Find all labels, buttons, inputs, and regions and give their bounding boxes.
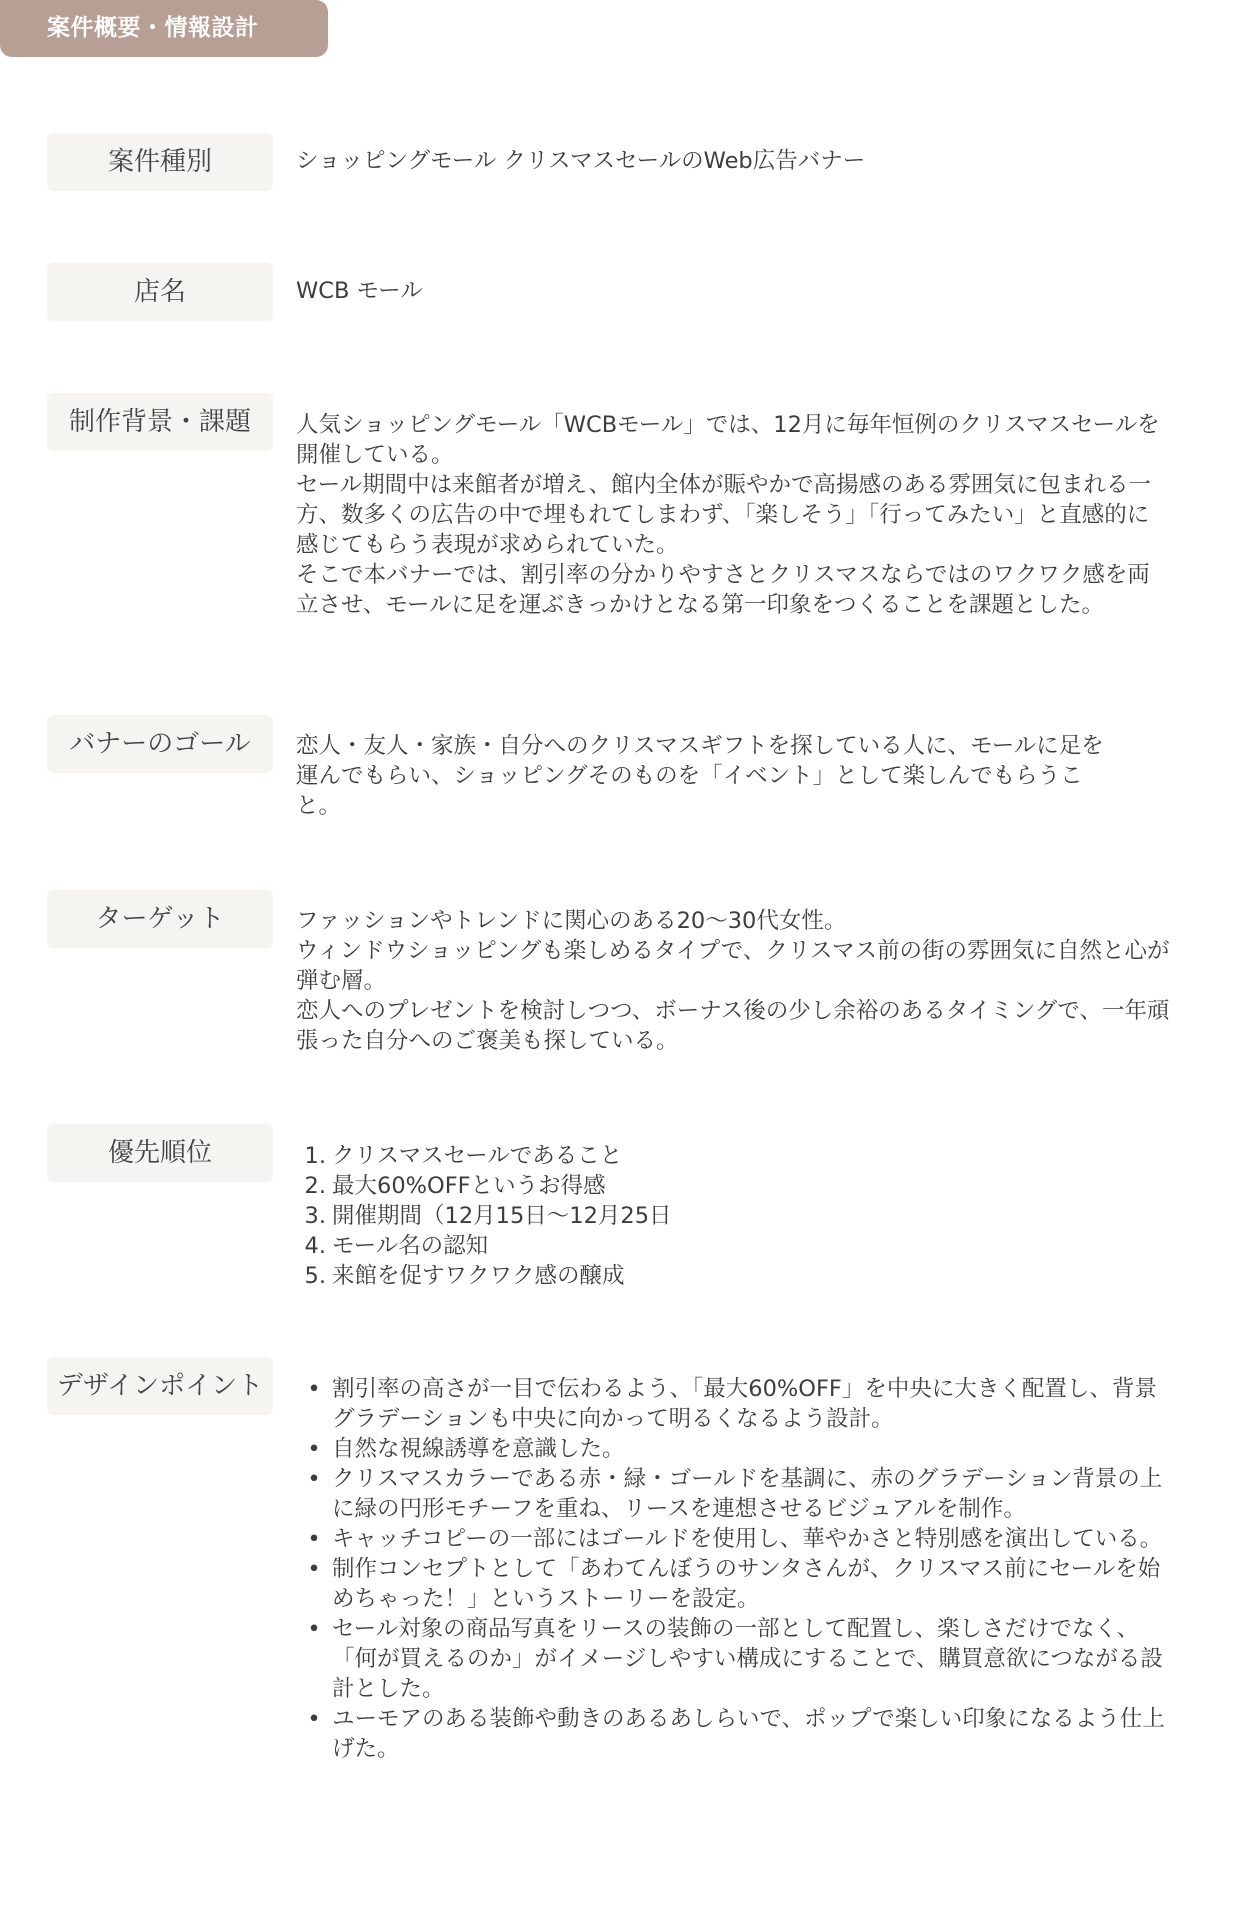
target-paragraph: ウィンドウショッピングも楽しめるタイプで、クリスマス前の街の雰囲気に自然と心が弾… bbox=[296, 936, 1171, 996]
design-point-text: 制作コンセプトとして「あわてんぼうのサンタさんが、クリスマス前にセールを始めちゃ… bbox=[332, 1554, 1166, 1614]
priority-number: 2. bbox=[296, 1171, 332, 1201]
priority-text: 来館を促すワクワク感の醸成 bbox=[332, 1261, 1176, 1291]
bullet-icon: • bbox=[296, 1614, 332, 1704]
design-point-item: • ユーモアのある装飾や動きのあるあしらいで、ポップで楽しい印象になるよう仕上げ… bbox=[296, 1704, 1166, 1764]
design-point-item: • 自然な視線誘導を意識した。 bbox=[296, 1434, 1166, 1464]
priority-item: 1. クリスマスセールであること bbox=[296, 1141, 1176, 1171]
priority-item: 3. 開催期間（12月15日〜12月25日 bbox=[296, 1201, 1176, 1231]
priority-text: クリスマスセールであること bbox=[332, 1141, 1176, 1171]
priority-text: 最大60%OFFというお得感 bbox=[332, 1171, 1176, 1201]
design-point-item: • 制作コンセプトとして「あわてんぼうのサンタさんが、クリスマス前にセールを始め… bbox=[296, 1554, 1166, 1614]
background-paragraph: セール期間中は来館者が増え、館内全体が賑やかで高揚感のある雰囲気に包まれる一方、… bbox=[296, 470, 1171, 560]
bullet-icon: • bbox=[296, 1554, 332, 1614]
design-point-text: 割引率の高さが一目で伝わるよう、「最大60%OFF」を中央に大きく配置し、背景グ… bbox=[332, 1374, 1166, 1434]
label-priority: 優先順位 bbox=[47, 1124, 273, 1182]
label-target: ターゲット bbox=[47, 890, 273, 948]
bullet-icon: • bbox=[296, 1464, 332, 1524]
bullet-icon: • bbox=[296, 1704, 332, 1764]
design-point-text: クリスマスカラーである赤・緑・ゴールドを基調に、赤のグラデーション背景の上に緑の… bbox=[332, 1464, 1166, 1524]
bullet-icon: • bbox=[296, 1524, 332, 1554]
priority-text: モール名の認知 bbox=[332, 1231, 1176, 1261]
target-paragraph: ファッションやトレンドに関心のある20〜30代女性。 bbox=[296, 906, 1171, 936]
priority-item: 2. 最大60%OFFというお得感 bbox=[296, 1171, 1176, 1201]
label-background: 制作背景・課題 bbox=[47, 393, 273, 451]
background-paragraph: 人気ショッピングモール「WCBモール」では、12月に毎年恒例のクリスマスセールを… bbox=[296, 410, 1171, 470]
target-paragraph: 恋人へのプレゼントを検討しつつ、ボーナス後の少し余裕のあるタイミングで、一年頑張… bbox=[296, 996, 1171, 1056]
priority-number: 4. bbox=[296, 1231, 332, 1261]
priority-item: 4. モール名の認知 bbox=[296, 1231, 1176, 1261]
label-project-type: 案件種別 bbox=[47, 133, 273, 191]
design-point-text: 自然な視線誘導を意識した。 bbox=[332, 1434, 1166, 1464]
label-design-points: デザインポイント bbox=[47, 1357, 273, 1415]
design-points-list: • 割引率の高さが一目で伝わるよう、「最大60%OFF」を中央に大きく配置し、背… bbox=[296, 1374, 1166, 1764]
section-header-tab: 案件概要・情報設計 bbox=[0, 0, 328, 57]
priority-number: 1. bbox=[296, 1141, 332, 1171]
priority-item: 5. 来館を促すワクワク感の醸成 bbox=[296, 1261, 1176, 1291]
bullet-icon: • bbox=[296, 1434, 332, 1464]
priority-number: 3. bbox=[296, 1201, 332, 1231]
priority-text: 開催期間（12月15日〜12月25日 bbox=[332, 1201, 1176, 1231]
design-point-item: • キャッチコピーの一部にはゴールドを使用し、華やかさと特別感を演出している。 bbox=[296, 1524, 1166, 1554]
design-point-item: • クリスマスカラーである赤・緑・ゴールドを基調に、赤のグラデーション背景の上に… bbox=[296, 1464, 1166, 1524]
goal-paragraph: 恋人・友人・家族・自分へのクリスマスギフトを探している人に、モールに足を運んでも… bbox=[296, 731, 1126, 821]
value-background: 人気ショッピングモール「WCBモール」では、12月に毎年恒例のクリスマスセールを… bbox=[296, 410, 1171, 620]
label-store-name: 店名 bbox=[47, 263, 273, 321]
design-point-item: • セール対象の商品写真をリースの装飾の一部として配置し、楽しさだけでなく、「何… bbox=[296, 1614, 1166, 1704]
design-point-item: • 割引率の高さが一目で伝わるよう、「最大60%OFF」を中央に大きく配置し、背… bbox=[296, 1374, 1166, 1434]
priority-number: 5. bbox=[296, 1261, 332, 1291]
background-paragraph: そこで本バナーでは、割引率の分かりやすさとクリスマスならではのワクワク感を両立さ… bbox=[296, 560, 1171, 620]
value-store-name: WCB モール bbox=[296, 276, 1176, 306]
value-target: ファッションやトレンドに関心のある20〜30代女性。 ウィンドウショッピングも楽… bbox=[296, 906, 1171, 1056]
design-point-text: セール対象の商品写真をリースの装飾の一部として配置し、楽しさだけでなく、「何が買… bbox=[332, 1614, 1166, 1704]
design-point-text: キャッチコピーの一部にはゴールドを使用し、華やかさと特別感を演出している。 bbox=[332, 1524, 1166, 1554]
design-point-text: ユーモアのある装飾や動きのあるあしらいで、ポップで楽しい印象になるよう仕上げた。 bbox=[332, 1704, 1166, 1764]
value-goal: 恋人・友人・家族・自分へのクリスマスギフトを探している人に、モールに足を運んでも… bbox=[296, 731, 1126, 821]
priority-list: 1. クリスマスセールであること 2. 最大60%OFFというお得感 3. 開催… bbox=[296, 1141, 1176, 1291]
value-project-type: ショッピングモール クリスマスセールのWeb広告バナー bbox=[296, 146, 1176, 176]
label-goal: バナーのゴール bbox=[47, 715, 273, 773]
bullet-icon: • bbox=[296, 1374, 332, 1434]
